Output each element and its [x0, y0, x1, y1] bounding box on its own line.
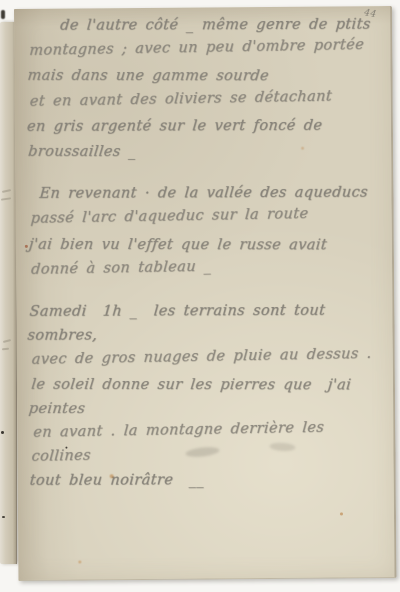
handwriting-paragraph: de l'autre côté _ même genre de ptitsmon…	[26, 11, 383, 165]
handwriting-paragraph: Samedi 1h _ les terrains sont tout sombr…	[28, 297, 386, 493]
handwriting-line: donné à son tableau _	[30, 252, 385, 283]
handwriting-block: de l'autre côté _ même genre de ptitsmon…	[26, 11, 386, 510]
bleed-mark	[2, 189, 11, 193]
bleed-mark	[2, 348, 9, 351]
handwriting-paragraph: En revenant · de la vallée des aqueducsp…	[27, 179, 384, 283]
scan-background: 44 de l'autre côté _ même genre de ptits…	[0, 0, 400, 592]
notebook-page: 44 de l'autre côté _ même genre de ptits…	[14, 6, 396, 581]
edge-speck	[1, 10, 5, 19]
ink-speck	[2, 516, 5, 518]
handwriting-line: passé l'arc d'aqueduc sur la route	[30, 201, 385, 232]
handwriting-line: avec de gros nuages de pluie au dessus .	[31, 342, 386, 372]
bleed-mark	[1, 197, 11, 200]
handwriting-line: le soleil donne sur les pierres que j'ai…	[27, 373, 387, 422]
handwriting-line: broussailles _	[27, 140, 384, 166]
foxing-spot	[340, 512, 343, 515]
handwriting-line: et en avant des oliviers se détachant	[29, 83, 384, 114]
ink-speck	[65, 447, 67, 449]
bleed-mark	[3, 339, 11, 343]
handwriting-line: en gris argenté sur le vert foncé de	[26, 113, 384, 139]
foxing-spot	[301, 147, 304, 150]
handwriting-line: tout bleu noirâtre __	[29, 468, 387, 493]
red-speck	[25, 245, 28, 248]
foxing-spot	[78, 560, 81, 563]
ink-speck	[1, 431, 4, 434]
handwriting-line: Samedi 1h _ les terrains sont tout sombr…	[26, 299, 386, 349]
handwriting-line: montagnes ; avec un peu d'ombre portée	[28, 33, 383, 64]
handwriting-line: en avant . la montagne derrière les coll…	[31, 415, 388, 470]
foxing-spot	[110, 474, 114, 478]
